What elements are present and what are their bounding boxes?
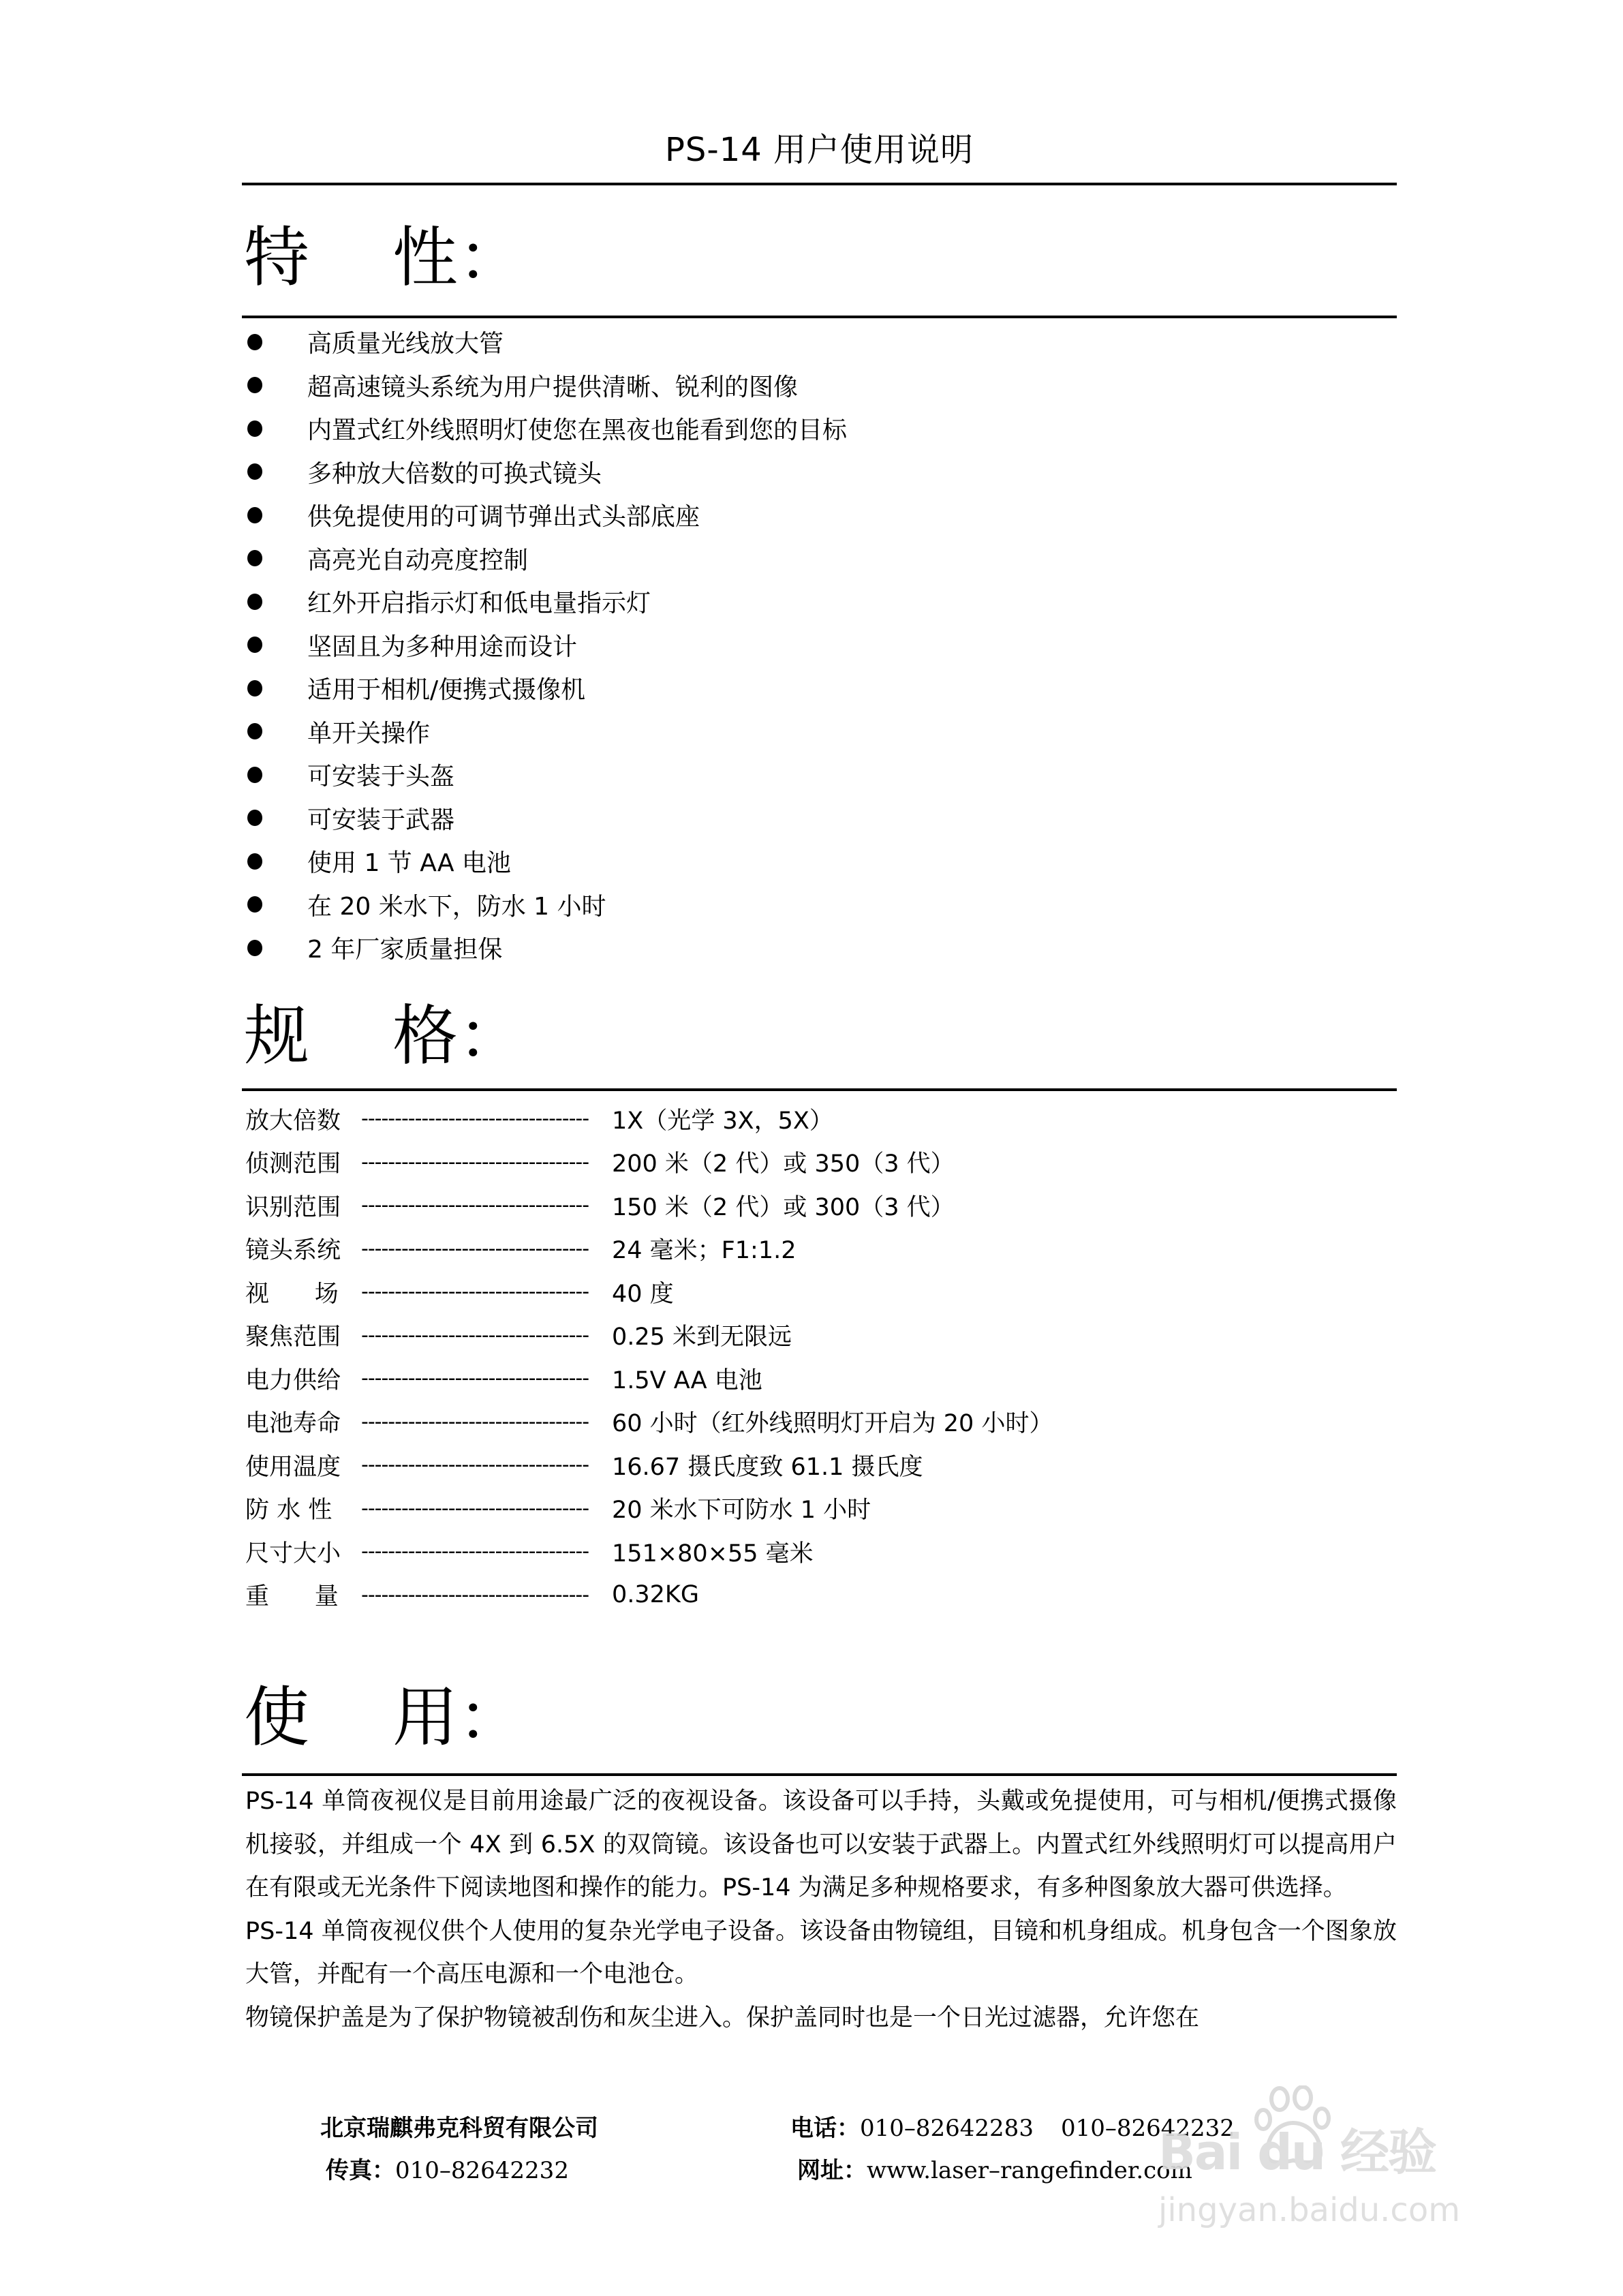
spec-row: 镜头系统----------------------------------24… xyxy=(245,1227,1400,1271)
leader-dashes: ---------------------------------- xyxy=(361,1107,612,1131)
document-page: PS-14 用户使用说明 特 性： 高质量光线放大管 超高速镜头系统为用户提供清… xyxy=(0,0,1623,2296)
list-item: 在 20 米水下，防水 1 小时 xyxy=(242,883,1397,927)
bullet-icon xyxy=(247,507,262,523)
list-item: 高亮光自动亮度控制 xyxy=(242,537,1397,581)
usage-paragraph: 物镜保护盖是为了保护物镜被刮伤和灰尘进入。保护盖同时也是一个日光过滤器，允许您在 xyxy=(245,1997,1397,2040)
list-item: 坚固且为多种用途而设计 xyxy=(242,624,1397,667)
usage-heading: 使 用： xyxy=(244,1677,523,1758)
bullet-icon xyxy=(247,723,262,739)
leader-dashes: ---------------------------------- xyxy=(361,1150,612,1174)
leader-dashes: ---------------------------------- xyxy=(361,1497,612,1520)
list-item: 超高速镜头系统为用户提供清晰、锐利的图像 xyxy=(242,364,1397,408)
list-item: 2 年厂家质量担保 xyxy=(242,926,1397,970)
list-item: 可安装于头盔 xyxy=(242,753,1397,797)
specs-divider xyxy=(242,1088,1397,1091)
website-link[interactable]: www.laser–rangefinder.com xyxy=(867,2157,1192,2184)
list-item: 可安装于武器 xyxy=(242,797,1397,840)
spec-row: 重 量----------------------------------0.3… xyxy=(245,1574,1400,1617)
fax-number: 010–82642232 xyxy=(395,2157,569,2184)
bullet-icon xyxy=(247,334,262,350)
bullet-icon xyxy=(247,680,262,697)
leader-dashes: ---------------------------------- xyxy=(361,1193,612,1217)
leader-dashes: ---------------------------------- xyxy=(361,1410,612,1434)
leader-dashes: ---------------------------------- xyxy=(361,1540,612,1563)
leader-dashes: ---------------------------------- xyxy=(361,1453,612,1477)
list-item: 单开关操作 xyxy=(242,710,1397,754)
spec-row: 侦测范围----------------------------------20… xyxy=(245,1141,1400,1184)
bullet-icon xyxy=(247,594,262,610)
usage-paragraph: PS-14 单筒夜视仪供个人使用的复杂光学电子设备。该设备由物镜组，目镜和机身组… xyxy=(245,1910,1397,1997)
spec-row: 尺寸大小----------------------------------15… xyxy=(245,1530,1400,1574)
fax-info: 传真：010–82642232 xyxy=(320,2152,790,2185)
spec-table: 放大倍数----------------------------------1X… xyxy=(245,1097,1400,1617)
website-info: 网址：www.laser–rangefinder.com xyxy=(790,2152,1192,2185)
phone-info: 电话：010–82642283010–82642232 xyxy=(790,2109,1235,2143)
list-item: 高质量光线放大管 xyxy=(242,320,1397,364)
document-title: PS-14 用户使用说明 xyxy=(242,123,1397,177)
bullet-icon xyxy=(247,420,262,437)
specs-heading: 规 格： xyxy=(244,995,523,1077)
leader-dashes: ---------------------------------- xyxy=(361,1237,612,1261)
phone-number-1: 010–82642283 xyxy=(860,2115,1034,2142)
bullet-icon xyxy=(247,940,262,956)
leader-dashes: ---------------------------------- xyxy=(361,1280,612,1304)
usage-divider xyxy=(242,1773,1397,1776)
spec-row: 聚焦范围----------------------------------0.… xyxy=(245,1314,1400,1358)
list-item: 适用于相机/便携式摄像机 xyxy=(242,667,1397,710)
usage-body: PS-14 单筒夜视仪是目前用途最广泛的夜视设备。该设备可以手持，头戴或免提使用… xyxy=(245,1780,1397,2040)
list-item: 内置式红外线照明灯使您在黑夜也能看到您的目标 xyxy=(242,407,1397,450)
feature-list: 高质量光线放大管 超高速镜头系统为用户提供清晰、锐利的图像 内置式红外线照明灯使… xyxy=(242,320,1397,970)
bullet-icon xyxy=(247,767,262,783)
list-item: 使用 1 节 AA 电池 xyxy=(242,840,1397,883)
leader-dashes: ---------------------------------- xyxy=(361,1583,612,1607)
spec-row: 放大倍数----------------------------------1X… xyxy=(245,1097,1400,1141)
page-footer: 北京瑞麒弗克科贸有限公司 电话：010–82642283010–82642232… xyxy=(320,2104,1342,2189)
bullet-icon xyxy=(247,853,262,870)
bullet-icon xyxy=(247,637,262,653)
watermark-url: jingyan.baidu.com xyxy=(1158,2191,1460,2229)
bullet-icon xyxy=(247,377,262,393)
bullet-icon xyxy=(247,810,262,826)
phone-number-2: 010–82642232 xyxy=(1061,2115,1235,2142)
spec-row: 电池寿命----------------------------------60… xyxy=(245,1400,1400,1444)
list-item: 供免提使用的可调节弹出式头部底座 xyxy=(242,493,1397,537)
spec-row: 电力供给----------------------------------1.… xyxy=(245,1357,1400,1400)
list-item: 红外开启指示灯和低电量指示灯 xyxy=(242,580,1397,624)
spec-row: 识别范围----------------------------------15… xyxy=(245,1184,1400,1227)
leader-dashes: ---------------------------------- xyxy=(361,1323,612,1347)
features-heading: 特 性： xyxy=(244,217,523,299)
company-name: 北京瑞麒弗克科贸有限公司 xyxy=(320,2109,790,2143)
fax-label: 传真： xyxy=(326,2157,395,2184)
spec-row: 视 场----------------------------------40 … xyxy=(245,1270,1400,1314)
spec-row: 使用温度----------------------------------16… xyxy=(245,1443,1400,1487)
usage-paragraph: PS-14 单筒夜视仪是目前用途最广泛的夜视设备。该设备可以手持，头戴或免提使用… xyxy=(245,1780,1397,1910)
title-divider xyxy=(242,183,1397,185)
website-label: 网址： xyxy=(797,2157,867,2184)
list-item: 多种放大倍数的可换式镜头 xyxy=(242,450,1397,494)
leader-dashes: ---------------------------------- xyxy=(361,1366,612,1390)
bullet-icon xyxy=(247,463,262,480)
bullet-icon xyxy=(247,550,262,566)
bullet-icon xyxy=(247,896,262,913)
phone-label: 电话： xyxy=(790,2115,860,2142)
features-divider xyxy=(242,316,1397,318)
spec-row: 防 水 性----------------------------------2… xyxy=(245,1487,1400,1531)
